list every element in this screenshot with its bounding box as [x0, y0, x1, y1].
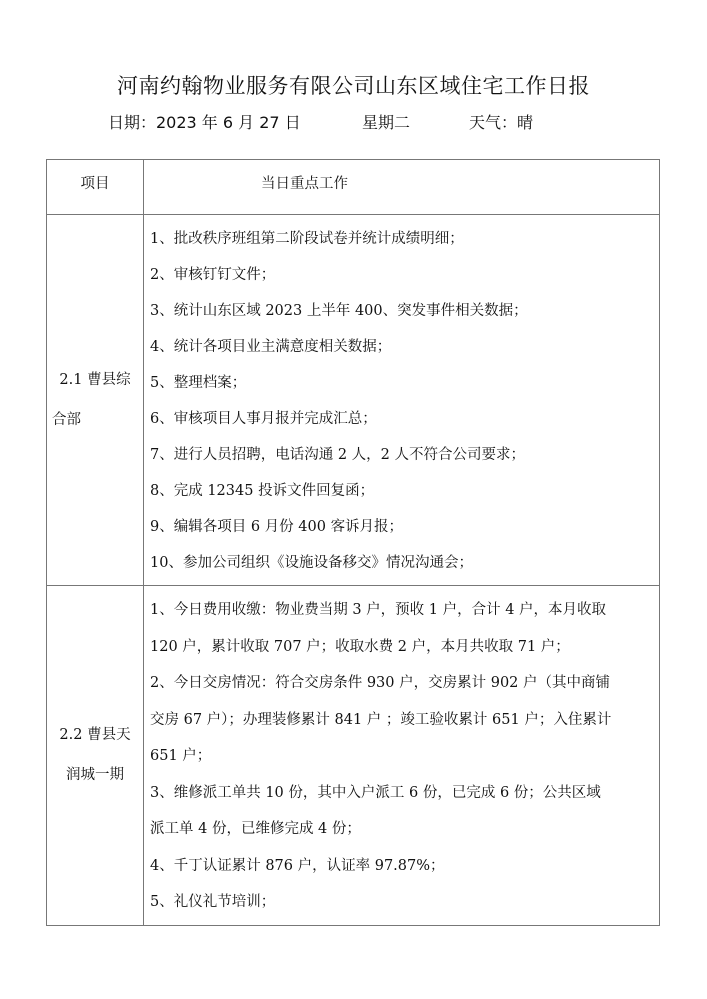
- header-work: 当日重点工作: [144, 160, 660, 215]
- work-item: 8、完成 12345 投诉文件回复函；: [150, 473, 653, 509]
- table-header-row: 项目 当日重点工作: [47, 160, 660, 215]
- report-weather: 天气：晴: [469, 110, 533, 133]
- project-name-cell: 2.1 曹县综 合部: [47, 215, 144, 586]
- work-line: 3、维修派工单共 10 份，其中入户派工 6 份，已完成 6 份；公共区域: [150, 775, 653, 812]
- project-name-cell: 2.2 曹县天 润城一期: [47, 586, 144, 926]
- work-item: 9、编辑各项目 6 月份 400 客诉月报；: [150, 509, 653, 545]
- work-line: 120 户，累计收取 707 户；收取水费 2 户，本月共收取 71 户；: [150, 629, 653, 666]
- table-row: 2.2 曹县天 润城一期 1、今日费用收缴：物业费当期 3 户，预收 1 户，合…: [47, 586, 660, 926]
- report-title: 河南约翰物业服务有限公司山东区域住宅工作日报: [0, 70, 707, 100]
- work-item: 1、批改秩序班组第二阶段试卷并统计成绩明细；: [150, 221, 653, 257]
- table-row: 2.1 曹县综 合部 1、批改秩序班组第二阶段试卷并统计成绩明细； 2、审核钉钉…: [47, 215, 660, 586]
- work-item: 6、审核项目人事月报并完成汇总；: [150, 401, 653, 437]
- work-item: 3、统计山东区域 2023 上半年 400、突发事件相关数据；: [150, 293, 653, 329]
- work-items-cell: 1、今日费用收缴：物业费当期 3 户，预收 1 户，合计 4 户，本月收取 12…: [144, 586, 660, 926]
- report-weekday: 星期二: [362, 110, 410, 133]
- report-date: 日期：2023 年 6 月 27 日: [108, 110, 301, 133]
- work-line: 1、今日费用收缴：物业费当期 3 户，预收 1 户，合计 4 户，本月收取: [150, 592, 653, 629]
- header-project: 项目: [47, 160, 144, 215]
- work-item: 10、参加公司组织《设施设备移交》情况沟通会；: [150, 545, 653, 581]
- daily-work-table: 项目 当日重点工作 2.1 曹县综 合部 1、批改秩序班组第二阶段试卷并统计成绩…: [46, 159, 660, 926]
- work-item: 4、统计各项目业主满意度相关数据；: [150, 329, 653, 365]
- work-line: 2、今日交房情况：符合交房条件 930 户，交房累计 902 户（其中商铺: [150, 665, 653, 702]
- work-item: 5、整理档案；: [150, 365, 653, 401]
- work-items-cell: 1、批改秩序班组第二阶段试卷并统计成绩明细； 2、审核钉钉文件； 3、统计山东区…: [144, 215, 660, 586]
- work-item: 2、审核钉钉文件；: [150, 257, 653, 293]
- work-item: 7、进行人员招聘，电话沟通 2 人，2 人不符合公司要求；: [150, 437, 653, 473]
- work-line: 4、千丁认证累计 876 户，认证率 97.87%；: [150, 848, 653, 885]
- work-line: 5、礼仪礼节培训；: [150, 884, 653, 921]
- work-line: 交房 67 户）；办理装修累计 841 户 ；竣工验收累计 651 户；入住累计: [150, 702, 653, 739]
- work-line: 651 户；: [150, 738, 653, 775]
- work-line: 派工单 4 份，已维修完成 4 份；: [150, 811, 653, 848]
